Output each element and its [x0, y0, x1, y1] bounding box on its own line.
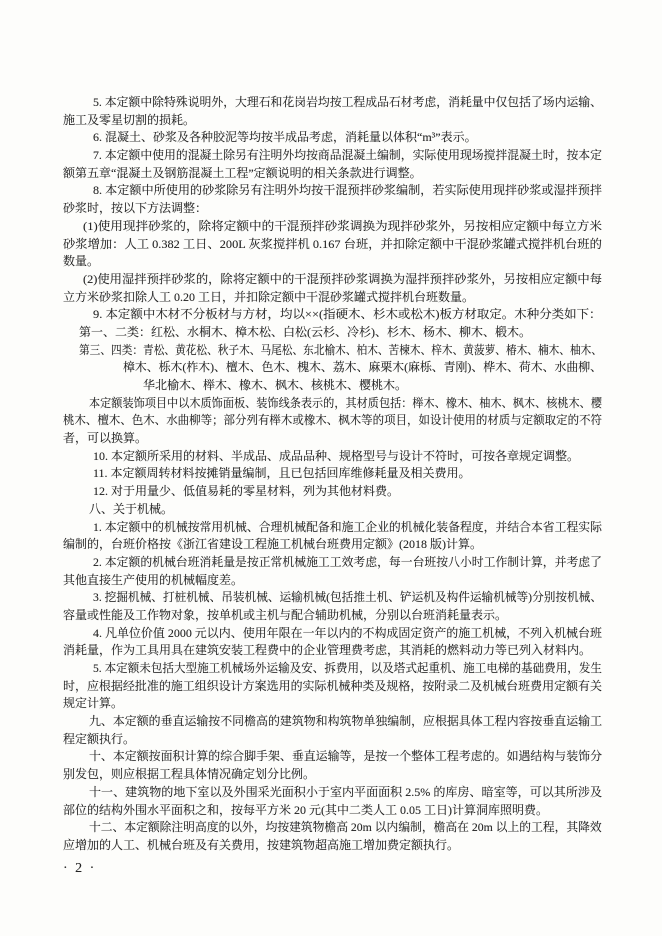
- text-line: (2)使用湿拌预拌砂浆的，除将定额中的干混预拌砂浆调换为湿拌预拌砂浆外，另按相应…: [63, 271, 602, 289]
- text-line: 3. 挖掘机械、打桩机械、吊装机械、运输机械(包括推土机、铲运机及构件运输机械等…: [63, 589, 602, 607]
- text-line: 八、关于机械。: [63, 501, 602, 519]
- document-page: 5. 本定额中除特殊说明外，大理石和花岗岩均按工程成品石材考虑，消耗量中仅包括了…: [0, 0, 662, 936]
- text-line: 1. 本定额中的机械按常用机械、合理机械配备和施工企业的机械化装备程度，并结合本…: [63, 519, 602, 537]
- text-line: 本定额装饰项目中以木质饰面板、装饰线条表示的，其材质包括：榉木、橡木、柚木、枫木…: [63, 395, 602, 413]
- text-line: 九、本定额的垂直运输按不同檐高的建筑物和构筑物单独编制，应根据具体工程内容按垂直…: [63, 713, 602, 731]
- text-line: 4. 凡单位价值 2000 元以内、使用年限在一年以内的不构成固定资产的施工机械…: [63, 625, 602, 643]
- text-line: 6. 混凝土、砂浆及各种胶泥等均按半成品考虑，消耗量以体积“m³”表示。: [63, 129, 602, 147]
- text-line: 容量或性能及工作物对象，按单机或主机与配合辅助机械，分别以台班消耗量表示。: [63, 607, 602, 625]
- text-line: 应增加的人工、机械台班及有关费用，按建筑物超高施工增加费定额执行。: [63, 837, 602, 855]
- text-line: 者，可以换算。: [63, 430, 602, 448]
- text-line: 第一、二类：红松、水桐木、樟木松、白松(云杉、冷杉)、杉木、杨木、柳木、椴木。: [63, 324, 602, 342]
- text-line: 华北榆木、榉木、橡木、枫木、核桃木、樱桃木。: [63, 377, 602, 395]
- text-line: 11. 本定额周转材料按摊销量编制，且已包括回库维修耗量及相关费用。: [63, 465, 602, 483]
- text-line: 立方米砂浆扣除人工 0.20 工日，并扣除定额中干混砂浆罐式搅拌机台班数量。: [63, 289, 602, 307]
- text-line: 2. 本定额的机械台班消耗量是按正常机械施工工效考虑，每一台班按八小时工作制计算…: [63, 554, 602, 572]
- text-line: 12. 对于用量少、低值易耗的零星材料，列为其他材料费。: [63, 483, 602, 501]
- text-line: 8. 本定额中所使用的砂浆除另有注明外均按干混预拌砂浆编制，若实际使用现拌砂浆或…: [63, 182, 602, 200]
- text-line: 十二、本定额除注明高度的以外，均按建筑物檐高 20m 以内编制，檐高在 20m …: [63, 819, 602, 837]
- text-line: 桃木、檀木、色木、水曲柳等；部分列有榉木或橡木、枫木等的项目，如设计使用的材质与…: [63, 412, 602, 430]
- text-block: 5. 本定额中除特殊说明外，大理石和花岗岩均按工程成品石材考虑，消耗量中仅包括了…: [63, 94, 602, 855]
- text-line: 别发包，则应根据工程具体情况确定划分比例。: [63, 766, 602, 784]
- text-line: 其他直接生产使用的机械幅度差。: [63, 572, 602, 590]
- text-line: 砂浆增加：人工 0.382 工日、200L 灰浆搅拌机 0.167 台班，并扣除…: [63, 236, 602, 254]
- text-line: 砂浆时，按以下方法调整：: [63, 200, 602, 218]
- text-line: 时，应根据经批准的施工组织设计方案选用的实际机械种类及规格，按附录二及机械台班费…: [63, 678, 602, 696]
- text-line: 程定额执行。: [63, 731, 602, 749]
- text-line: 规定计算。: [63, 695, 602, 713]
- text-line: 5. 本定额未包括大型施工机械场外运输及安、拆费用，以及塔式起重机、施工电梯的基…: [63, 660, 602, 678]
- text-line: 数量。: [63, 253, 602, 271]
- text-line: 施工及零星切割的损耗。: [63, 112, 602, 130]
- text-line: 十、本定额按面积计算的综合脚手架、垂直运输等，是按一个整体工程考虑的。如遇结构与…: [63, 748, 602, 766]
- text-line: (1)使用现拌砂浆的，除将定额中的干混预拌砂浆调换为现拌砂浆外，另按相应定额中每…: [63, 218, 602, 236]
- text-line: 消耗量，作为工具用具在建筑安装工程费中的企业管理费考虑，其消耗的燃料动力等已列入…: [63, 642, 602, 660]
- text-line: 5. 本定额中除特殊说明外，大理石和花岗岩均按工程成品石材考虑，消耗量中仅包括了…: [63, 94, 602, 112]
- text-line: 7. 本定额中使用的混凝土除另有注明外均按商品混凝土编制，实际使用现场搅拌混凝土…: [63, 147, 602, 165]
- text-line: 编制的，台班价格按《浙江省建设工程施工机械台班费用定额》(2018 版)计算。: [63, 536, 602, 554]
- text-line: 十一、建筑物的地下室以及外围采光面积小于室内平面面积 2.5% 的库房、暗室等，…: [63, 784, 602, 802]
- text-line: 樟木、栎木(柞木)、檀木、色木、槐木、荔木、麻栗木(麻栎、青刚)、桦木、荷木、水…: [63, 359, 602, 377]
- text-line: 第三、四类：青松、黄花松、秋子木、马尾松、东北榆木、柏木、苦楝木、梓木、黄菠萝、…: [63, 342, 602, 360]
- text-line: 部位的结构外围水平面积之和，按每平方米 20 元(其中二类人工 0.05 工日)…: [63, 802, 602, 820]
- page-number: · 2 ·: [63, 861, 96, 877]
- text-line: 9. 本定额中木材不分板材与方材，均以××(指硬木、杉木或松木)板方材取定。木种…: [63, 306, 602, 324]
- text-line: 10. 本定额所采用的材料、半成品、成品品种、规格型号与设计不符时，可按各章规定…: [63, 448, 602, 466]
- text-line: 额第五章“混凝土及钢筋混凝土工程”定额说明的相关条款进行调整。: [63, 165, 602, 183]
